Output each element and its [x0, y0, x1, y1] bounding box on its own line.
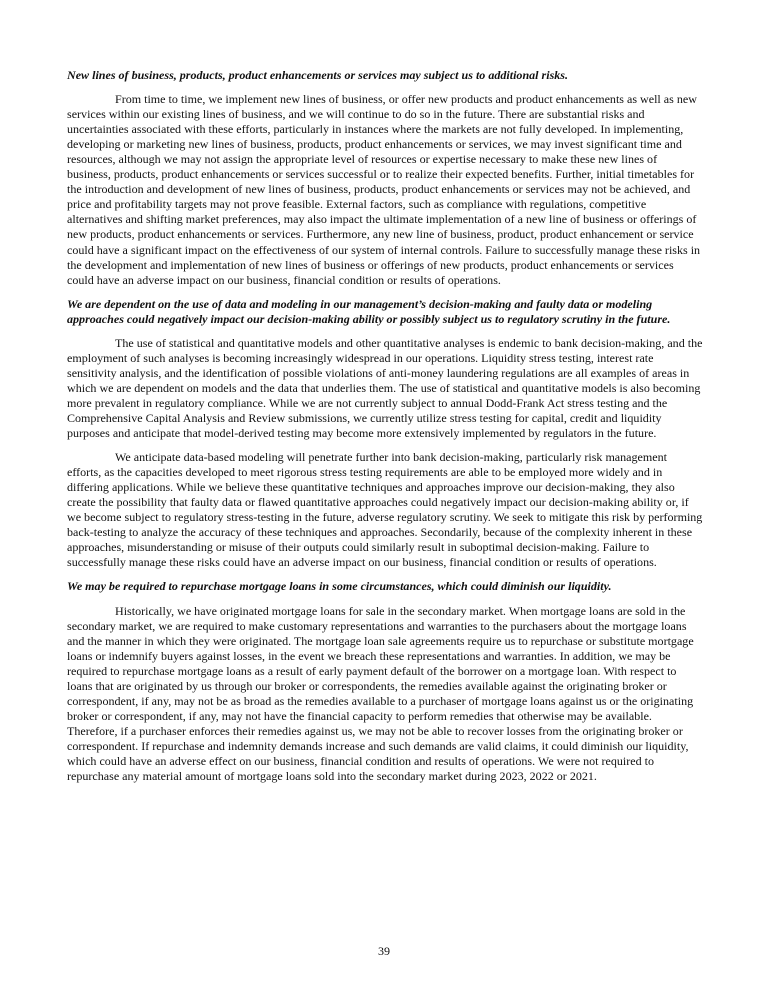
page-number: 39 [0, 944, 768, 959]
body-paragraph: From time to time, we implement new line… [67, 92, 703, 288]
section-heading: New lines of business, products, product… [67, 68, 703, 83]
risk-section-mortgage-repurchase: We may be required to repurchase mortgag… [67, 579, 703, 784]
body-paragraph: Historically, we have originated mortgag… [67, 604, 703, 785]
section-heading: We may be required to repurchase mortgag… [67, 579, 703, 594]
body-paragraph: The use of statistical and quantitative … [67, 336, 703, 441]
document-page: New lines of business, products, product… [67, 68, 703, 793]
section-heading: We are dependent on the use of data and … [67, 297, 703, 327]
body-paragraph: We anticipate data-based modeling will p… [67, 450, 703, 570]
risk-section-new-lines-of-business: New lines of business, products, product… [67, 68, 703, 288]
risk-section-data-and-modeling: We are dependent on the use of data and … [67, 297, 703, 571]
